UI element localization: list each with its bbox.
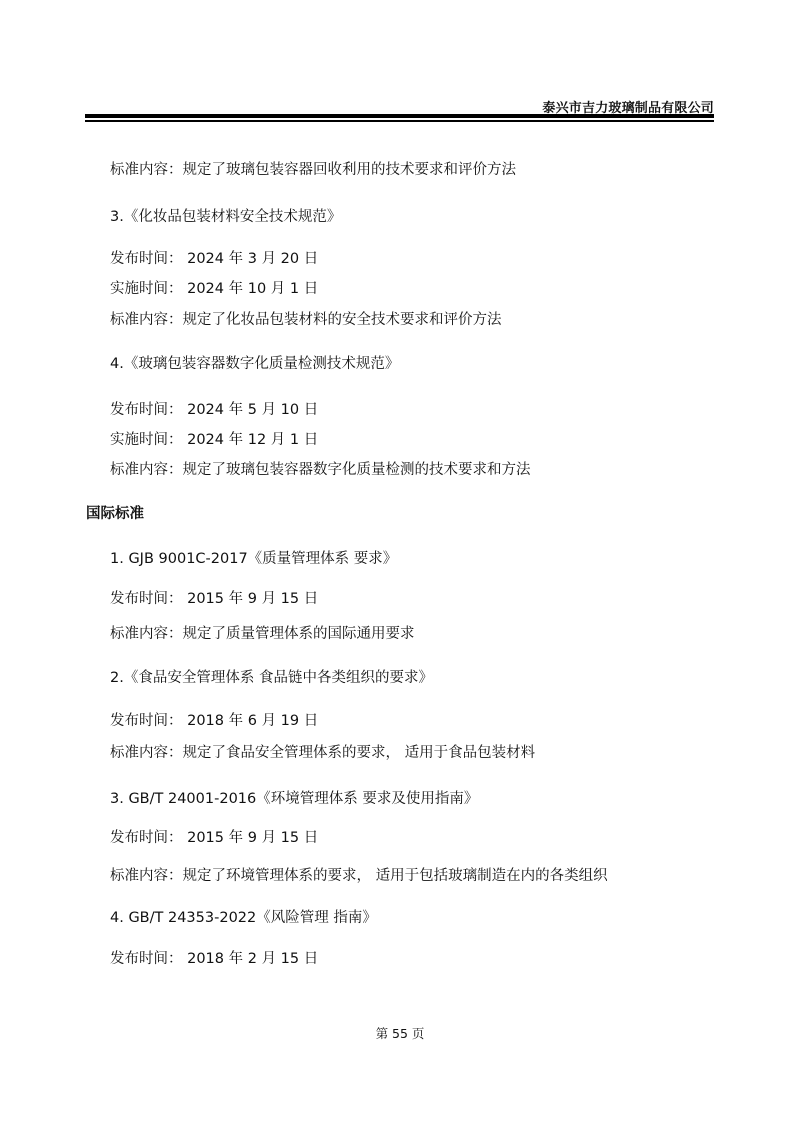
standard-title: 4.《玻璃包装容器数字化质量检测技术规范》 [110, 352, 399, 373]
standard-content-text: 标准内容：规定了质量管理体系的国际通用要求 [110, 622, 415, 643]
page-number: 第 55 页 [0, 1024, 800, 1042]
header-rule-thick [85, 114, 714, 118]
effective-date: 实施时间： 2024 年 12 月 1 日 [110, 428, 318, 449]
standard-content-text: 标准内容：规定了化妆品包装材料的安全技术要求和评价方法 [110, 308, 502, 329]
publish-date: 发布时间： 2018 年 2 月 15 日 [110, 947, 318, 968]
standard-content-text: 标准内容：规定了玻璃包装容器数字化质量检测的技术要求和方法 [110, 458, 531, 479]
section-heading: 国际标准 [86, 502, 144, 523]
publish-date: 发布时间： 2018 年 6 月 19 日 [110, 709, 318, 730]
publish-date: 发布时间： 2024 年 5 月 10 日 [110, 398, 318, 419]
publish-date: 发布时间： 2015 年 9 月 15 日 [110, 826, 318, 847]
publish-date: 发布时间： 2015 年 9 月 15 日 [110, 587, 318, 608]
effective-date: 实施时间： 2024 年 10 月 1 日 [110, 277, 318, 298]
standard-content-text: 标准内容：规定了环境管理体系的要求， 适用于包括玻璃制造在内的各类组织 [110, 864, 608, 885]
standard-title: 3. GB/T 24001-2016《环境管理体系 要求及使用指南》 [110, 787, 478, 808]
standard-title: 1. GJB 9001C-2017《质量管理体系 要求》 [110, 547, 397, 568]
standard-content-text: 标准内容：规定了玻璃包装容器回收利用的技术要求和评价方法 [110, 158, 516, 179]
header-rule-thin [85, 120, 714, 122]
standard-title: 2.《食品安全管理体系 食品链中各类组织的要求》 [110, 666, 433, 687]
publish-date: 发布时间： 2024 年 3 月 20 日 [110, 247, 318, 268]
standard-content-text: 标准内容：规定了食品安全管理体系的要求， 适用于食品包装材料 [110, 741, 535, 762]
standard-title: 3.《化妆品包装材料安全技术规范》 [110, 205, 341, 226]
standard-title: 4. GB/T 24353-2022《风险管理 指南》 [110, 906, 377, 927]
